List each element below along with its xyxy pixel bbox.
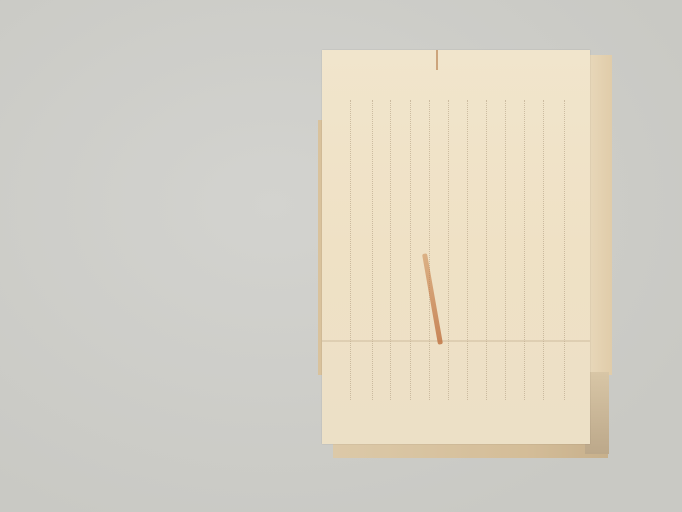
document-sheet (322, 50, 590, 444)
folded-edge-strip (587, 55, 612, 375)
ruled-line (467, 100, 469, 400)
ruled-line (410, 100, 412, 400)
top-stain-mark (436, 50, 438, 70)
ruled-line (372, 100, 374, 400)
ruled-line (390, 100, 392, 400)
ruled-line (448, 100, 450, 400)
fold-crease (322, 340, 590, 342)
ruled-line (350, 100, 352, 400)
ruled-line (564, 100, 566, 400)
ruled-line (524, 100, 526, 400)
ruled-line (429, 100, 431, 400)
ruled-line (505, 100, 507, 400)
ruled-line (486, 100, 488, 400)
ruled-line (543, 100, 545, 400)
